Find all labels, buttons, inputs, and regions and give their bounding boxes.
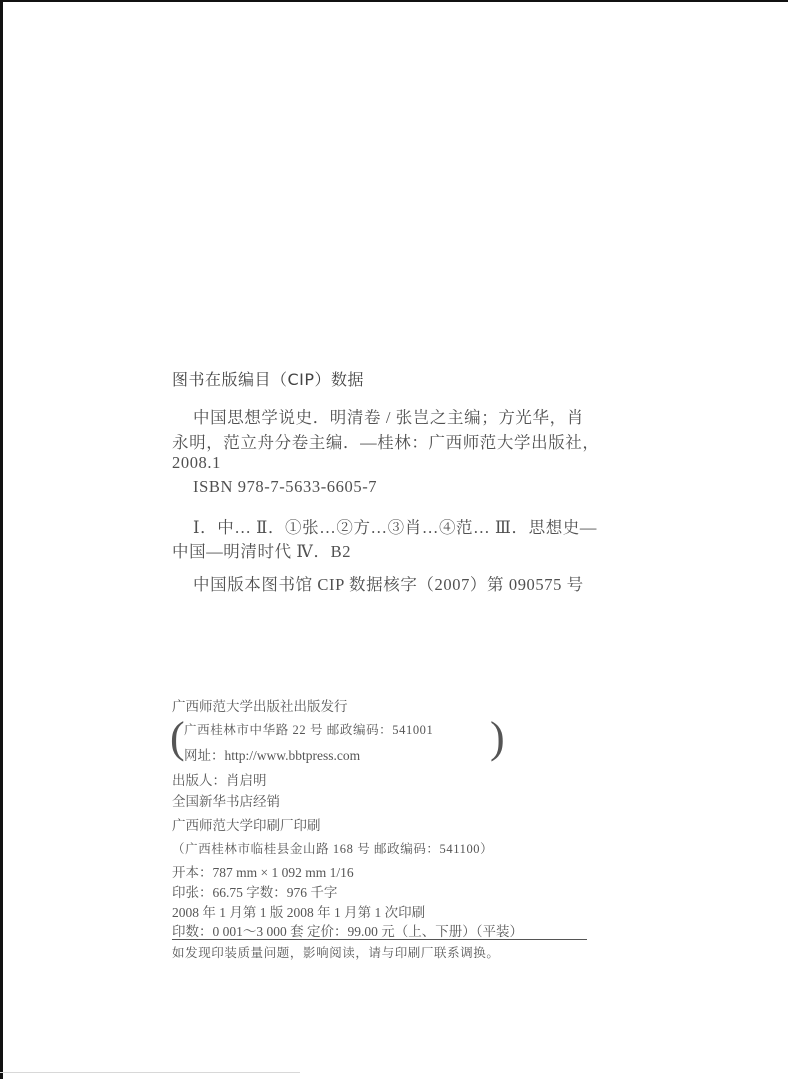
divider-rule [172,939,587,940]
publisher-line: 广西师范大学出版社出版发行 [172,695,348,715]
right-bracket: ) [490,716,505,760]
book-format: 开本：787 mm × 1 092 mm 1/16 [172,861,354,881]
cip-isbn: ISBN 978-7-5633-6605-7 [193,477,377,497]
distributor: 全国新华书店经销 [172,790,280,810]
left-bracket: ( [170,716,185,760]
cip-line-3: 2008.1 [172,453,221,473]
publisher-address: 广西桂林市中华路 22 号 邮政编码：541001 [184,720,433,738]
publisher-person: 出版人：肖启明 [172,769,267,789]
quality-notice: 如发现印装质量问题，影响阅读，请与印刷厂联系调换。 [172,943,500,961]
scan-edge-left [0,0,3,1079]
publisher-website: 网址：http://www.bbtpress.com [184,744,360,764]
print-run-price: 印数：0 001～3 000 套 定价：99.00 元（上、下册）（平装） [172,920,523,940]
scan-edge-bottom [0,1072,300,1073]
edition-info: 2008 年 1 月第 1 版 2008 年 1 月第 1 次印刷 [172,901,425,921]
cip-title: 图书在版编目（CIP）数据 [172,367,364,390]
cip-classification-1: Ⅰ．中… Ⅱ．①张…②方…③肖…④范… Ⅲ．思想史— [193,514,597,538]
cip-line-1: 中国思想学说史．明清卷 / 张岂之主编；方光华，肖 [193,404,584,428]
cip-line-2: 永明，范立舟分卷主编．—桂林：广西师范大学出版社， [172,429,600,453]
cip-record-number: 中国版本图书馆 CIP 数据核字（2007）第 090575 号 [193,571,584,595]
cip-classification-2: 中国—明清时代 Ⅳ．B2 [172,538,351,562]
sheets-and-words: 印张：66.75 字数：976 千字 [172,881,337,901]
scan-edge-top [0,0,788,2]
printer-address: （广西桂林市临桂县金山路 168 号 邮政编码：541100） [172,839,493,857]
printer: 广西师范大学印刷厂印刷 [172,814,321,834]
